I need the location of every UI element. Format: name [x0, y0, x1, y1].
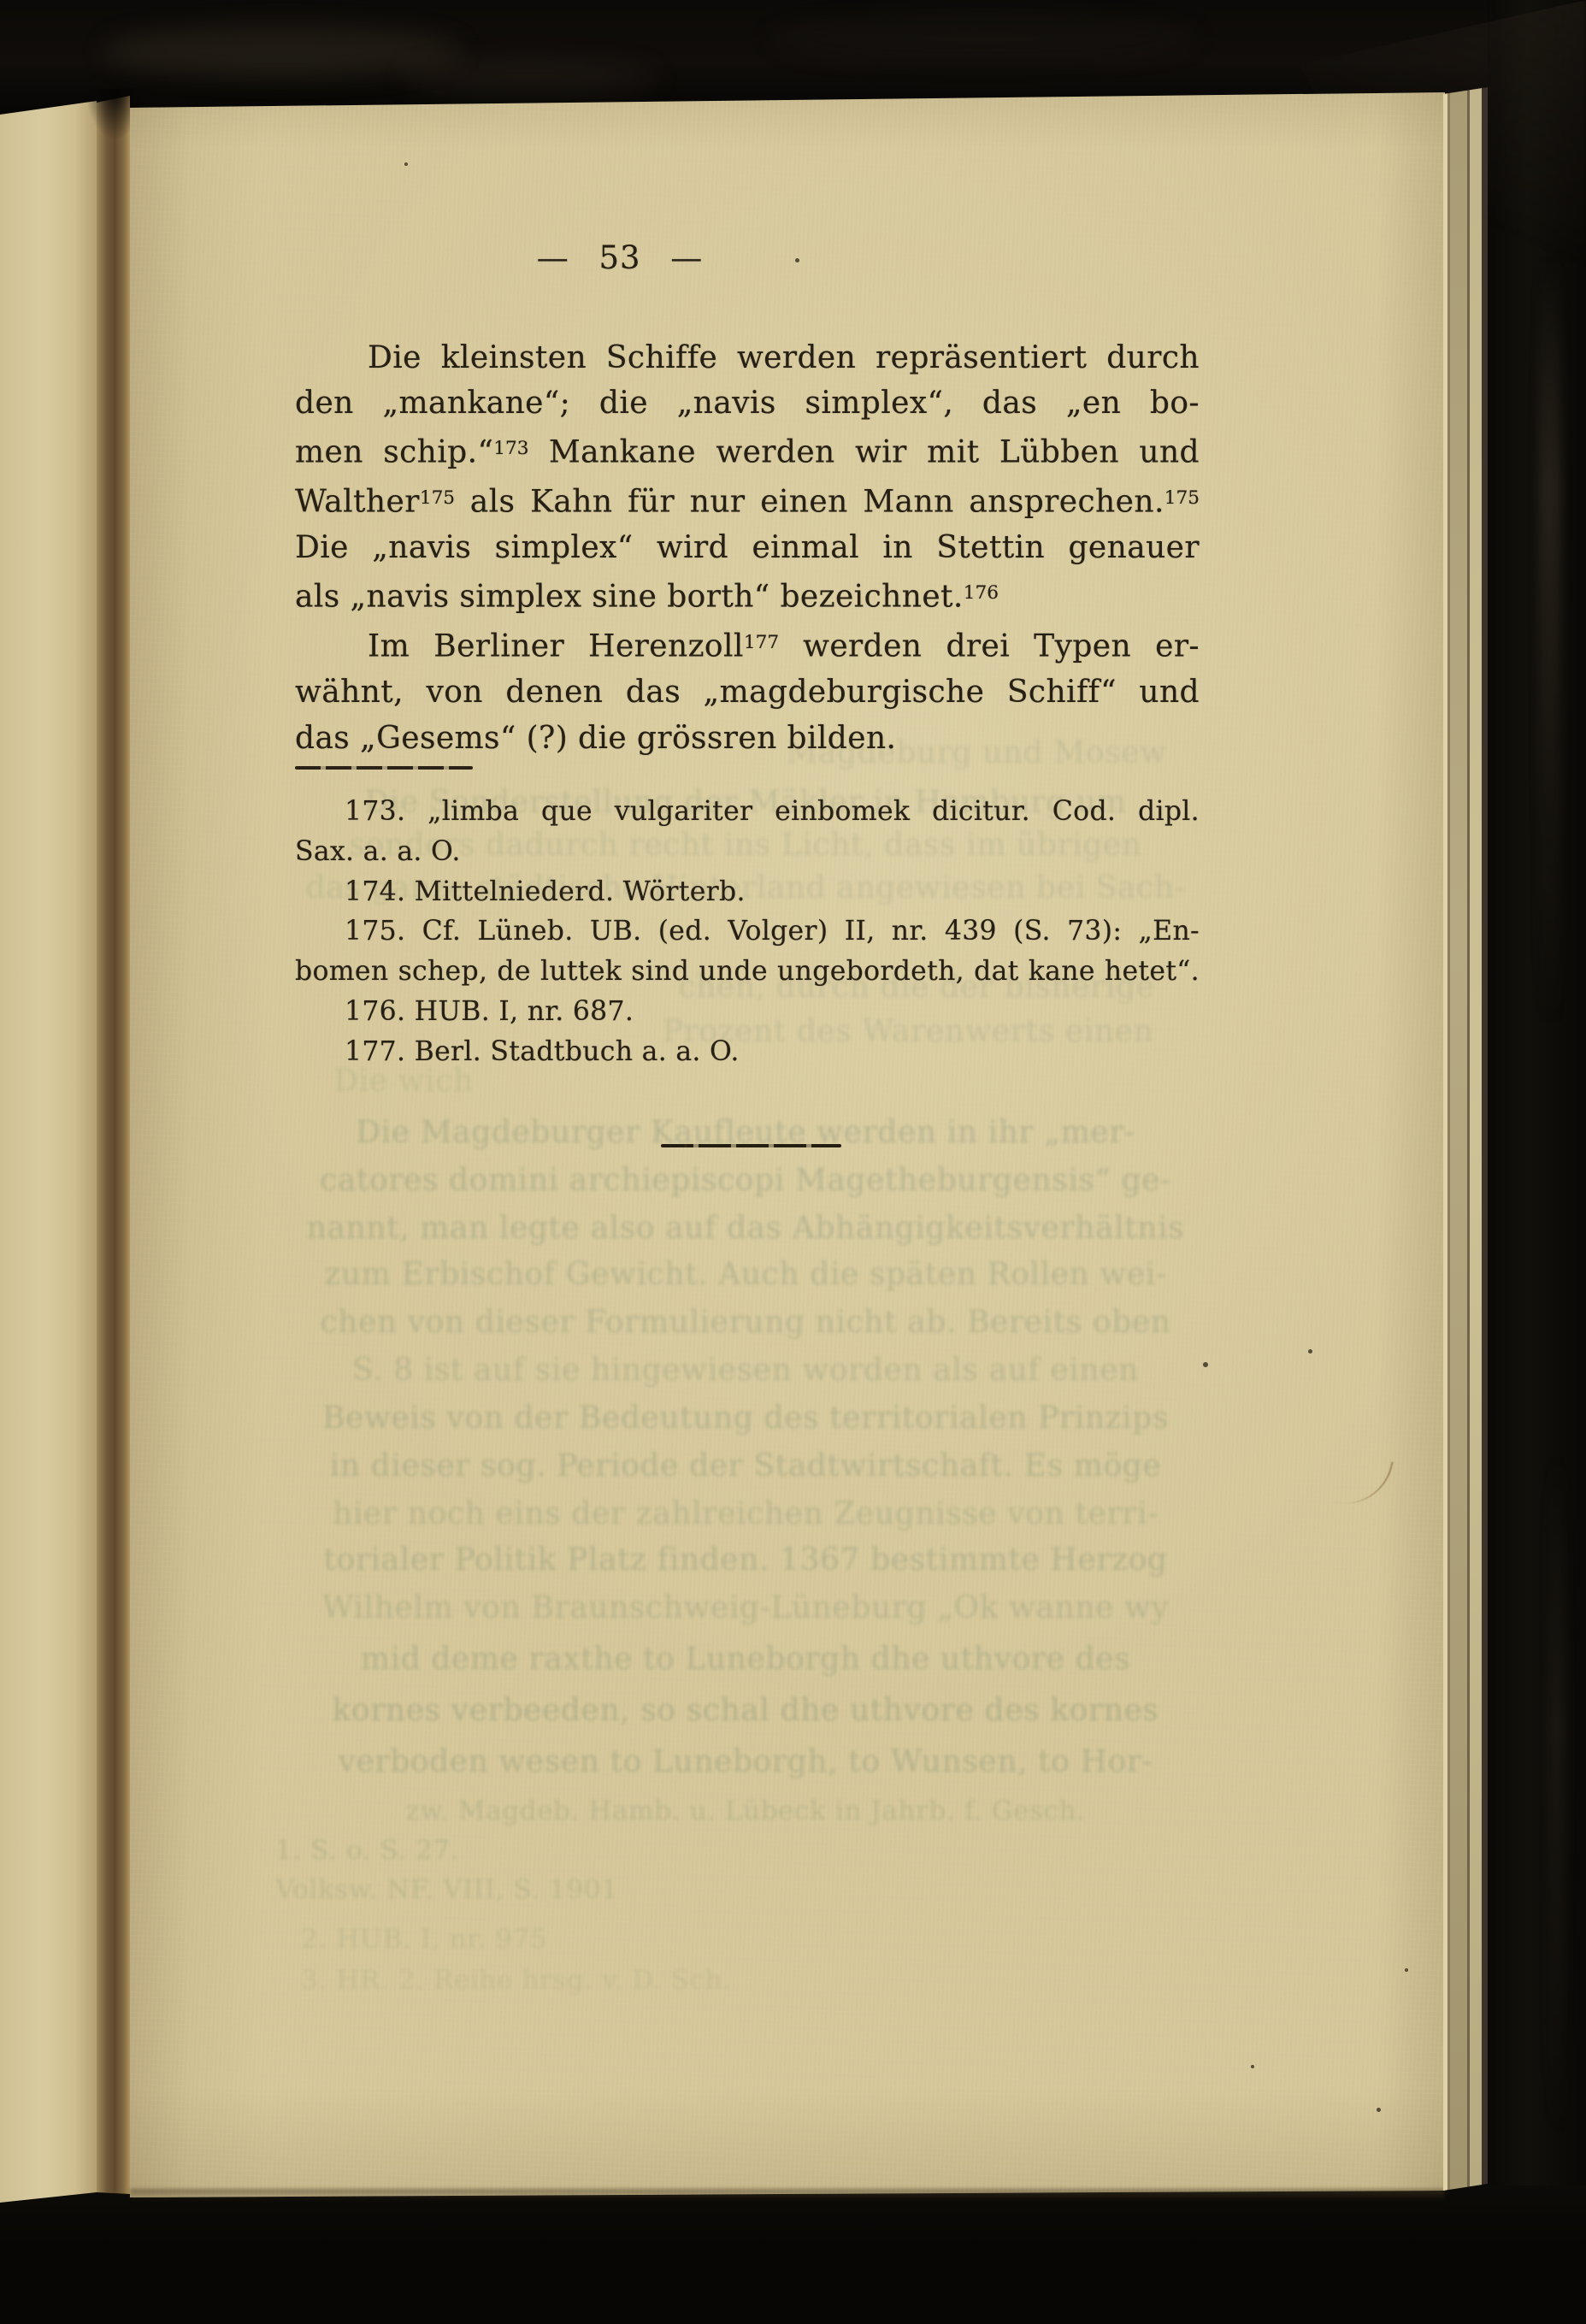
footnote-separator-rule [295, 766, 473, 770]
book-gutter-shadow [97, 89, 130, 2201]
footnote-line: 176. HUB. I, nr. 687. [295, 992, 1200, 1032]
footnote-reference: 175 [1164, 487, 1200, 509]
body-line: das „Gesems“ (?) die grössren bilden. [295, 716, 1200, 761]
dust-speck [1405, 1968, 1408, 1972]
text-segment: 173. „limba que vulgariter einbomek dici… [345, 796, 1200, 827]
book-page: Magdeburg und MosewDie Sonderstellung de… [130, 89, 1445, 2197]
paragraph-indent [295, 819, 345, 820]
ghost-text-line: 2. HUB. I, nr. 975 [301, 1924, 746, 1955]
text-segment: Walther [295, 485, 420, 520]
text-segment: bomen schep, de luttek sind unde ungebor… [295, 956, 1200, 987]
facing-page-edge [0, 89, 97, 2208]
section-end-divider [661, 1144, 841, 1147]
text-segment: men schip.“ [295, 435, 493, 470]
page-edge-shadow [1482, 87, 1488, 2191]
footnote-reference: 176 [964, 582, 999, 604]
page-edge [1470, 87, 1482, 2191]
footnote-reference: 175 [420, 487, 455, 509]
text-segment: das „Gesems“ (?) die grössren bilden. [295, 721, 896, 756]
footnote-line: 177. Berl. Stadtbuch a. a. O. [295, 1032, 1200, 1072]
text-segment: wähnt, von denen das „magdeburgische Sch… [295, 675, 1200, 710]
ghost-text-line: Volksw. NF. VIII, S. 1901 [275, 1874, 720, 1905]
ghost-text-line: S. 8 ist auf sie hingewiesen worden als … [292, 1353, 1199, 1388]
dust-speck [1377, 2108, 1381, 2112]
text-segment: 174. Mittelniederd. Wörterb. [345, 876, 746, 907]
cover-sheen [1549, 1454, 1565, 2138]
ghost-text-line: 1. S. o. S. 27. [275, 1835, 557, 1866]
text-segment: als „navis simplex sine borth“ bezeichne… [295, 580, 964, 615]
ghost-text-line: kornes verbeeden, so schal dhe uthvore d… [292, 1693, 1199, 1728]
text-segment: Mankane werden wir mit Lübben und [528, 435, 1200, 470]
paragraph-indent [295, 656, 368, 657]
ghost-text-line: zum Erbischof Gewicht. Auch die späten R… [292, 1257, 1199, 1292]
ghost-text-line: verboden wesen to Luneborgh, to Wunsen, … [292, 1744, 1199, 1779]
footnote-line: 174. Mittelniederd. Wörterb. [295, 872, 1200, 912]
body-line: Die „navis simplex“ wird einmal in Stett… [295, 525, 1200, 570]
ghost-text-line: Beweis von der Bedeutung des territorial… [292, 1401, 1199, 1436]
ghost-text-line: 3. HR. 2. Reihe hrsg. v. D. Sch. [301, 1965, 985, 1996]
footnote-reference: 173 [493, 438, 528, 459]
footnote-line: bomen schep, de luttek sind unde ungebor… [295, 952, 1200, 992]
text-segment: Die kleinsten Schiffe werden repräsentie… [368, 340, 1200, 375]
text-segment: als Kahn für nur einen Mann ansprechen. [455, 485, 1164, 520]
cover-sheen [1539, 257, 1561, 1026]
page-number: — 53 — [509, 239, 731, 276]
body-line: Walther175 als Kahn für nur einen Mann a… [295, 475, 1200, 525]
text-segment: 176. HUB. I, nr. 687. [345, 996, 634, 1027]
ghost-text-line: chen von dieser Formulierung nicht ab. B… [292, 1305, 1199, 1340]
footnotes: 173. „limba que vulgariter einbomek dici… [295, 792, 1200, 1072]
body-line: men schip.“173 Mankane werden wir mit Lü… [295, 426, 1200, 475]
dust-speck [1203, 1362, 1208, 1367]
footnote-line: 173. „limba que vulgariter einbomek dici… [295, 792, 1200, 832]
footnote-reference: 177 [744, 632, 779, 653]
paragraph-indent [295, 367, 368, 368]
ghost-text-line: Wilhelm von Braunschweig-Lüneburg „Ok wa… [292, 1590, 1199, 1625]
paragraph-indent [295, 900, 345, 900]
text-segment: 175. Cf. Lüneb. UB. (ed. Volger) II, nr.… [345, 916, 1200, 947]
body-line: den „mankane“; die „navis simplex“, das … [295, 380, 1200, 426]
body-line: Die kleinsten Schiffe werden repräsentie… [295, 335, 1200, 380]
ghost-text-line: mid deme raxthe to Luneborgh dhe uthvore… [292, 1642, 1199, 1677]
book-cover-bottom-band [0, 2185, 1586, 2324]
cover-wrinkle-highlight [402, 60, 658, 97]
cover-wrinkle-highlight [769, 17, 1197, 60]
book-photo-scene: Magdeburg und MosewDie Sonderstellung de… [0, 0, 1586, 2324]
paragraph-indent [295, 1019, 345, 1020]
ghost-text-line: torialer Politik Platz finden. 1367 best… [292, 1542, 1199, 1578]
body-text: Die kleinsten Schiffe werden repräsentie… [295, 335, 1200, 761]
dust-speck [1308, 1349, 1312, 1354]
ghost-text-line: catores domini archiepiscopi Magetheburg… [292, 1163, 1199, 1198]
body-line: als „navis simplex sine borth“ bezeichne… [295, 570, 1200, 620]
page-bottom-shadow [130, 2189, 1445, 2201]
paper-scratch [1332, 1450, 1393, 1513]
text-segment: Die „navis simplex“ wird einmal in Stett… [295, 530, 1200, 565]
dust-speck [1251, 2065, 1254, 2068]
paragraph-indent [295, 1059, 345, 1060]
body-line: wähnt, von denen das „magdeburgische Sch… [295, 669, 1200, 715]
paragraph-indent [295, 939, 345, 940]
footnote-line: 175. Cf. Lüneb. UB. (ed. Volger) II, nr.… [295, 911, 1200, 952]
text-segment: Im Berliner Herenzoll [368, 629, 744, 664]
ghost-text-line: hier noch eins der zahlreichen Zeugnisse… [292, 1496, 1199, 1531]
ghost-text-line: nannt, man legte also auf das Abhängigke… [292, 1211, 1199, 1246]
cover-wrinkle-highlight [103, 26, 462, 77]
page-edge [1450, 87, 1467, 2191]
ghost-text-line: in dieser sog. Periode der Stadtwirtscha… [292, 1448, 1199, 1483]
dust-speck [404, 162, 408, 166]
ghost-text-line: zw. Magdeb. Hamb. u. Lübeck in Jahrb. f.… [292, 1796, 1199, 1826]
page-stack-edges [1443, 87, 1488, 2191]
text-segment: werden drei Typen er- [779, 629, 1200, 664]
text-segment: den „mankane“; die „navis simplex“, das … [295, 386, 1200, 421]
text-segment: 177. Berl. Stadtbuch a. a. O. [345, 1036, 740, 1067]
text-segment: Sax. a. a. O. [295, 836, 461, 867]
footnote-line: Sax. a. a. O. [295, 832, 1200, 872]
dust-speck [684, 1144, 687, 1147]
dust-speck [795, 258, 799, 262]
body-line: Im Berliner Herenzoll177 werden drei Typ… [295, 620, 1200, 669]
